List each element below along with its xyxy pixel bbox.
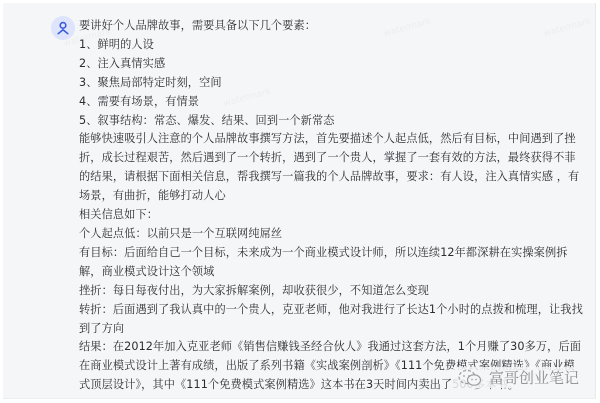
list-item: 4、需要有场景，有情景 <box>79 93 583 112</box>
screenshot-frame: watermark watermark watermark watermark … <box>0 0 600 403</box>
prompt-paragraph: 能够快速吸引人注意的个人品牌故事撰写方法，首先要描述个人起点低，然后有目标，中间… <box>79 130 583 206</box>
info-start: 个人起点低：以前只是一个互联网纯屌丝 <box>79 225 583 244</box>
user-avatar-icon <box>51 16 75 40</box>
chat-panel: watermark watermark watermark watermark … <box>3 3 596 399</box>
wechat-icon <box>457 368 483 388</box>
info-goal: 有目标：后面给自己一个目标，未来成为一个商业模式设计师，所以连续12年都深耕在实… <box>79 244 583 282</box>
message-text: 要讲好个人品牌故事，需要具备以下几个要素： 1、鲜明的人设 2、注入真情实感 3… <box>79 17 583 395</box>
info-setback: 挫折：每日每夜付出，为大家拆解案例，却收获很少，不知道怎么变现 <box>79 282 583 301</box>
message-intro: 要讲好个人品牌故事，需要具备以下几个要素： <box>79 17 583 36</box>
list-item: 3、聚焦局部特定时刻，空间 <box>79 74 583 93</box>
info-heading: 相关信息如下： <box>79 206 583 225</box>
watermark-text: 富哥创业笔记 <box>489 367 579 388</box>
list-item: 5、叙事结构：常态、爆发、结果、回到一个新常态 <box>79 112 583 131</box>
person-icon <box>56 21 70 35</box>
list-item: 1、鲜明的人设 <box>79 36 583 55</box>
source-watermark: 富哥创业笔记 <box>453 367 579 388</box>
info-turning-point: 转折：后面遇到了我认真中的一个贵人，克亚老师，他对我进行了长达1个小时的点拨和梳… <box>79 301 583 339</box>
list-item: 2、注入真情实感 <box>79 55 583 74</box>
